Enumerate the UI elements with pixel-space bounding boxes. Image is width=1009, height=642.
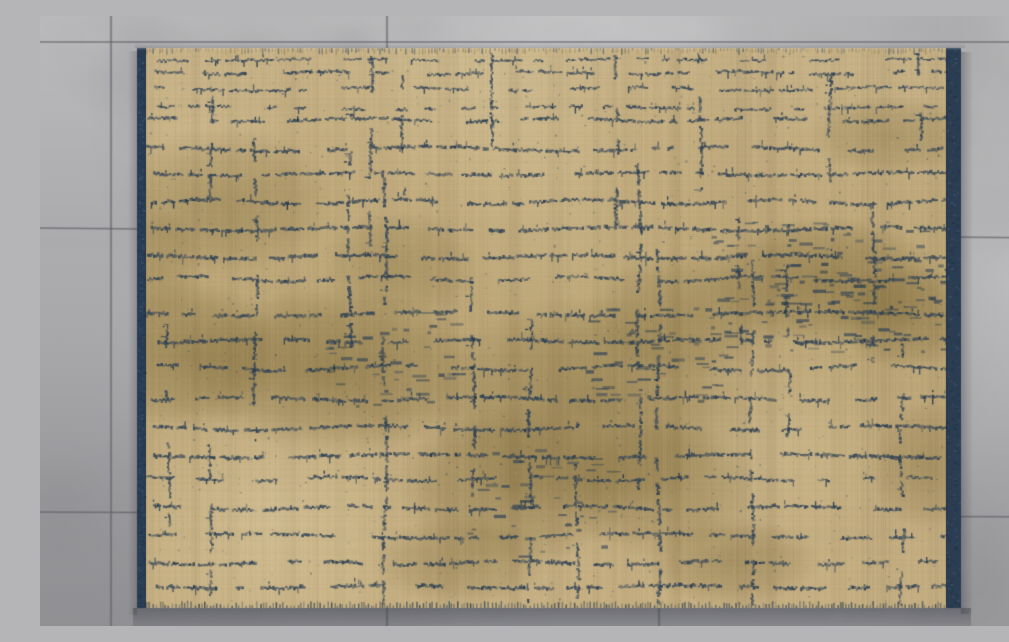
scene-canvas xyxy=(40,16,1009,626)
rug-product-photo: Top-down photo of a rectangular distress… xyxy=(40,16,1009,626)
